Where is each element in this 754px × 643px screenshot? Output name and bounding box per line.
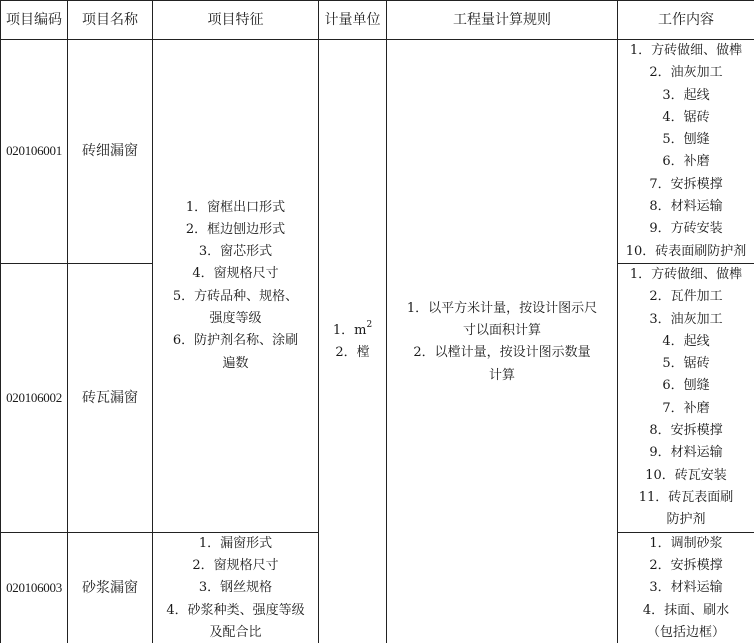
feature-line: 1．窗框出口形式: [157, 197, 314, 219]
feature-line: 3．窗芯形式: [157, 241, 314, 263]
work-line: 2．安拆模撑: [618, 555, 754, 577]
work-line: 9．方砖安装: [618, 218, 754, 240]
feature-line: 1．漏窗形式: [157, 533, 314, 555]
work-line: 1．调制砂浆: [618, 533, 754, 555]
rule-line: 寸以面积计算: [393, 320, 611, 342]
feature-line: 2．框边刨边形式: [157, 219, 314, 241]
rule-line: 计算: [393, 365, 611, 387]
header-row: 项目编码 项目名称 项目特征 计量单位 工程量计算规则 工作内容: [1, 1, 754, 40]
work-line: 8．安拆模撑: [618, 420, 754, 442]
header-item-name: 项目名称: [68, 1, 153, 40]
feature-line: 强度等级: [157, 308, 314, 330]
feature-line: 及配合比: [157, 622, 314, 643]
work-line: 1．方砖做细、做榫: [618, 40, 754, 62]
item-features: 1．漏窗形式 2．窗规格尺寸 3．钢丝规格 4．砂浆种类、强度等级 及配合比: [153, 532, 319, 643]
unit-cell: 1．m2 2．樘: [319, 40, 387, 643]
work-line: 7．安拆模撑: [618, 174, 754, 196]
unit-line-piece: 2．樘: [319, 342, 386, 364]
feature-line: 3．钢丝规格: [157, 577, 314, 599]
work-line: 3．油灰加工: [618, 309, 754, 331]
item-name: 砖瓦漏窗: [68, 263, 153, 532]
work-line: 8．材料运输: [618, 196, 754, 218]
item-name: 砂浆漏窗: [68, 532, 153, 643]
work-line: 10．砖瓦安装: [618, 465, 754, 487]
work-line: 4．锯砖: [618, 107, 754, 129]
unit-line-square-meter: 1．m2: [319, 320, 386, 342]
table-row: 020106001 砖细漏窗 1．窗框出口形式 2．框边刨边形式 3．窗芯形式 …: [1, 40, 754, 264]
calc-rule-cell: 1．以平方米计量，按设计图示尺 寸以面积计算 2．以樘计量，按设计图示数量 计算: [387, 40, 618, 643]
work-content-cell: 1．调制砂浆 2．安拆模撑 3．材料运输 4．抹面、刷水 （包括边框）: [618, 532, 754, 643]
work-line: 5．锯砖: [618, 353, 754, 375]
item-features-shared: 1．窗框出口形式 2．框边刨边形式 3．窗芯形式 4．窗规格尺寸 5．方砖品种、…: [153, 40, 319, 533]
work-line: 5．刨缝: [618, 129, 754, 151]
item-code: 020106003: [1, 532, 68, 643]
feature-line: 5．方砖品种、规格、: [157, 286, 314, 308]
rule-line: 1．以平方米计量，按设计图示尺: [393, 298, 611, 320]
work-line: 3．起线: [618, 85, 754, 107]
work-line: 11．砖瓦表面刷: [618, 487, 754, 509]
work-line: 9．材料运输: [618, 442, 754, 464]
work-line: 防护剂: [618, 509, 754, 531]
header-item-features: 项目特征: [153, 1, 319, 40]
work-line: 6．补磨: [618, 151, 754, 173]
feature-line: 4．窗规格尺寸: [157, 263, 314, 285]
feature-line: 遍数: [157, 353, 314, 375]
work-line: 10．砖表面刷防护剂: [618, 241, 754, 263]
header-unit: 计量单位: [319, 1, 387, 40]
work-line: 3．材料运输: [618, 577, 754, 599]
header-calc-rule: 工程量计算规则: [387, 1, 618, 40]
quantity-spec-table: 项目编码 项目名称 项目特征 计量单位 工程量计算规则 工作内容 0201060…: [0, 0, 754, 643]
item-name: 砖细漏窗: [68, 40, 153, 264]
header-item-code: 项目编码: [1, 1, 68, 40]
work-content-cell: 1．方砖做细、做榫 2．油灰加工 3．起线 4．锯砖 5．刨缝 6．补磨 7．安…: [618, 40, 754, 264]
work-line: 1．方砖做细、做榫: [618, 264, 754, 286]
work-line: 2．油灰加工: [618, 62, 754, 84]
work-line: 2．瓦件加工: [618, 286, 754, 308]
work-line: （包括边框）: [618, 622, 754, 643]
rule-line: 2．以樘计量，按设计图示数量: [393, 342, 611, 364]
work-content-cell: 1．方砖做细、做榫 2．瓦件加工 3．油灰加工 4．起线 5．锯砖 6．刨缝 7…: [618, 263, 754, 532]
work-line: 4．抹面、刷水: [618, 600, 754, 622]
feature-line: 2．窗规格尺寸: [157, 555, 314, 577]
feature-line: 4．砂浆种类、强度等级: [157, 600, 314, 622]
header-work-content: 工作内容: [618, 1, 754, 40]
item-code: 020106002: [1, 263, 68, 532]
work-line: 7．补磨: [618, 398, 754, 420]
item-code: 020106001: [1, 40, 68, 264]
feature-line: 6．防护剂名称、涂刷: [157, 330, 314, 352]
work-line: 6．刨缝: [618, 375, 754, 397]
work-line: 4．起线: [618, 331, 754, 353]
